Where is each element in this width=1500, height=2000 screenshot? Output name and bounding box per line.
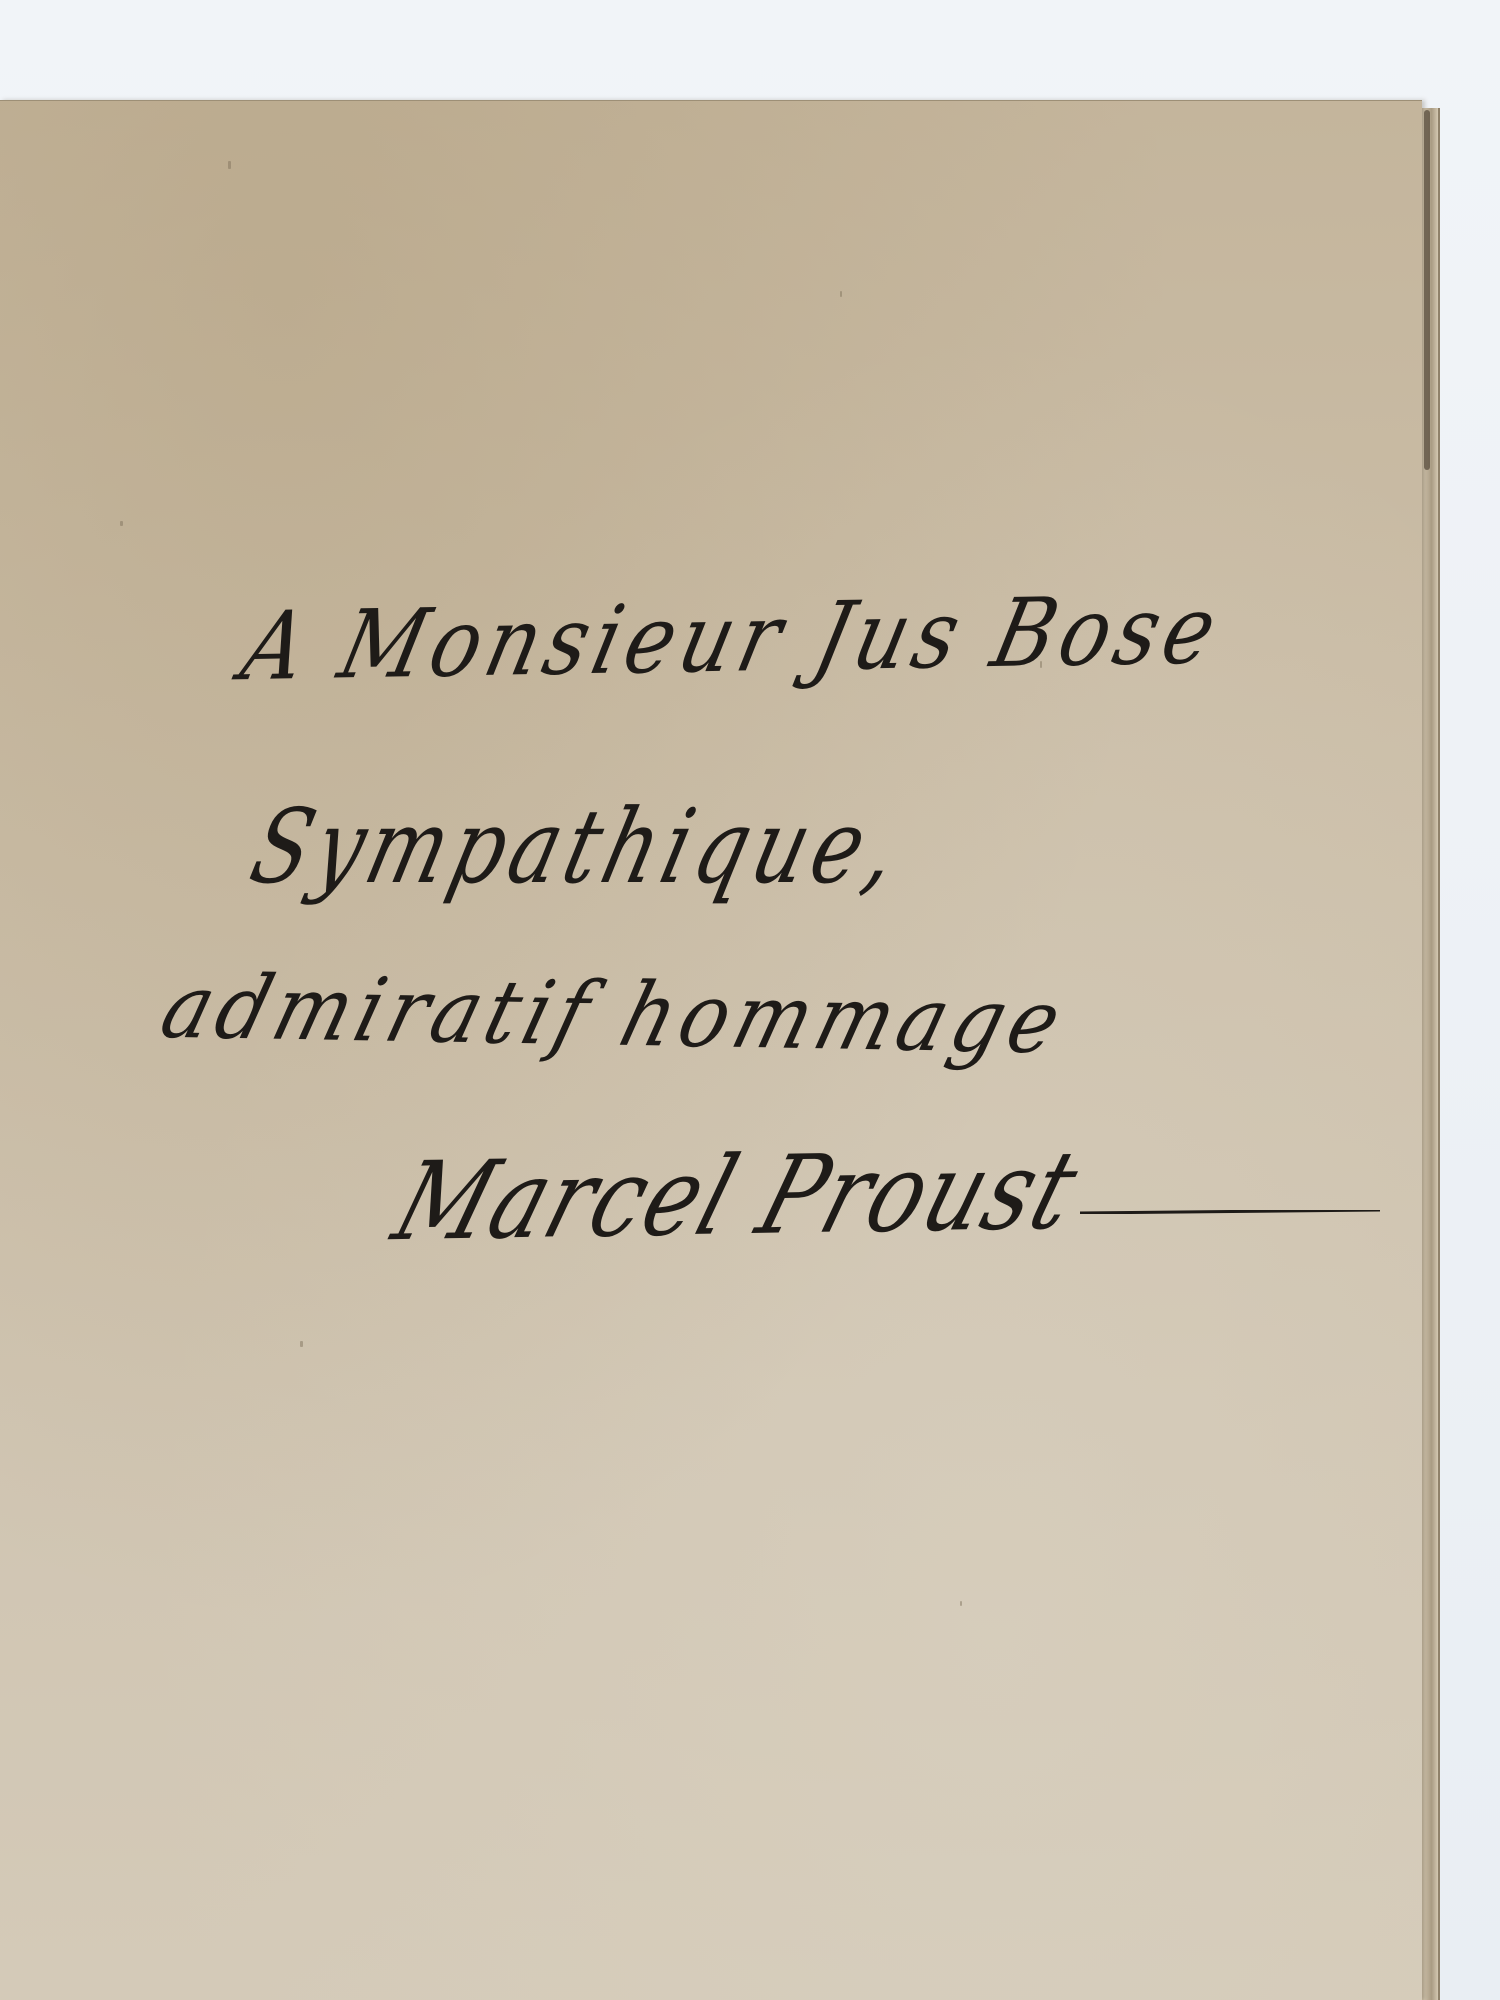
author-signature: Marcel Proust [381,1127,1094,1265]
handwritten-inscription: A Monsieur Jus Bose Sympathique, admirat… [0,0,1500,2000]
dedication-line-2: Sympathique, [240,788,915,907]
signature-flourish [1080,1210,1380,1214]
dedication-line-1: A Monsieur Jus Bose [232,576,1232,703]
dedication-line-3: admiratif hommage [151,956,1077,1074]
